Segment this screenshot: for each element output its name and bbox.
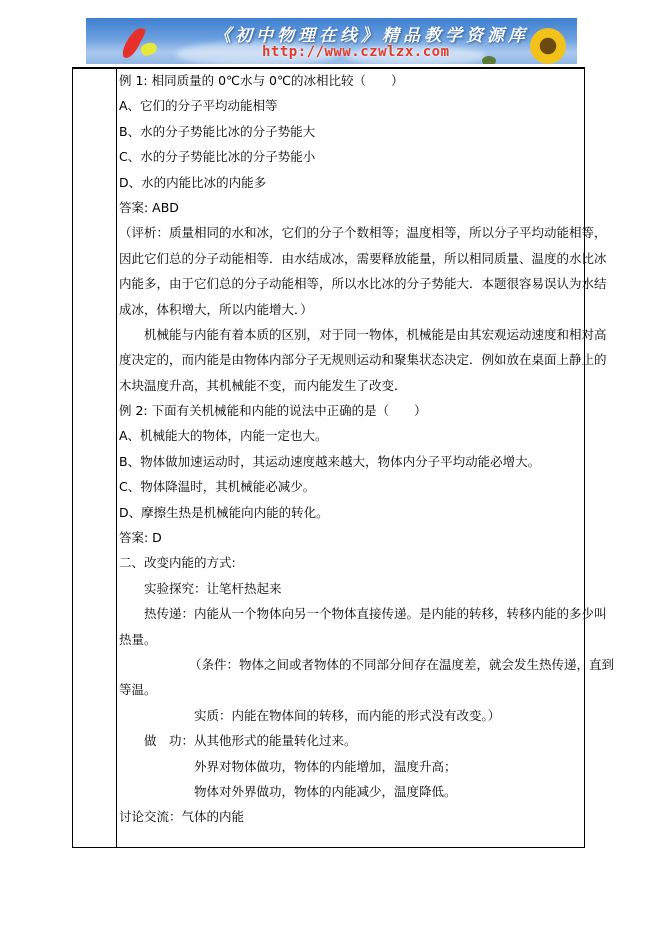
example-2-option-c: C、物体降温时，其机械能必减少。 bbox=[119, 474, 581, 499]
example-1-option-b: B、水的分子势能比冰的分子势能大 bbox=[119, 119, 581, 144]
condition-line: （条件：物体之间或者物体的不同部分间存在温度差，就会发生热传递，直到 bbox=[119, 652, 581, 677]
example-1-option-c: C、水的分子势能比冰的分子势能小 bbox=[119, 144, 581, 169]
logo-yellow-shape-icon bbox=[139, 40, 159, 58]
example-2-option-a: A、机械能大的物体，内能一定也大。 bbox=[119, 423, 581, 448]
heat-transfer-line: 热量。 bbox=[119, 627, 581, 652]
example-1-question: 例 1: 相同质量的 0℃水与 0℃的冰相比较（ ） bbox=[119, 68, 581, 93]
condition-line: 等温。 bbox=[119, 677, 581, 702]
analysis-line: 成冰，体积增大，所以内能增大．） bbox=[119, 297, 581, 322]
example-1-option-a: A、它们的分子平均动能相等 bbox=[119, 93, 581, 118]
example-2-answer: 答案: D bbox=[119, 525, 581, 550]
banner-title: 《初中物理在线》精品教学资源库 bbox=[214, 21, 529, 46]
example-2-option-d: D、摩擦生热是机械能向内能的转化。 bbox=[119, 500, 581, 525]
content-cell: 例 1: 相同质量的 0℃水与 0℃的冰相比较（ ） A、它们的分子平均动能相等… bbox=[119, 68, 581, 830]
paragraph-line: 机械能与内能有着本质的区别，对于同一物体，机械能是由其宏观运动速度和相对高 bbox=[119, 322, 581, 347]
paragraph-line: 木块温度升高，其机械能不变，而内能发生了改变． bbox=[119, 373, 581, 398]
banner-url: http://www.czwlzx.com bbox=[262, 44, 450, 60]
example-2-question: 例 2: 下面有关机械能和内能的说法中正确的是（ ） bbox=[119, 398, 581, 423]
essence-line: 实质：内能在物体间的转移，而内能的形式没有改变。） bbox=[119, 703, 581, 728]
work-detail-line: 外界对物体做功，物体的内能增加，温度升高； bbox=[119, 754, 581, 779]
sunflower-icon bbox=[526, 28, 570, 64]
work-line: 做 功：从其他形式的能量转化过来。 bbox=[119, 728, 581, 753]
header-banner: 《初中物理在线》精品教学资源库 http://www.czwlzx.com bbox=[86, 18, 577, 64]
heat-transfer-line: 热传递：内能从一个物体向另一个物体直接传递。是内能的转移，转移内能的多少叫 bbox=[119, 601, 581, 626]
analysis-line: （评析：质量相同的水和冰，它们的分子个数相等；温度相等，所以分子平均动能相等， bbox=[119, 220, 581, 245]
example-2-option-b: B、物体做加速运动时，其运动速度越来越大，物体内分子平均动能必增大。 bbox=[119, 449, 581, 474]
work-detail-line: 物体对外界做功，物体的内能减少，温度降低。 bbox=[119, 779, 581, 804]
leaf-decoration bbox=[482, 56, 496, 64]
example-1-answer: 答案: ABD bbox=[119, 195, 581, 220]
discussion-line: 讨论交流：气体的内能 bbox=[119, 804, 581, 829]
example-1-option-d: D、水的内能比冰的内能多 bbox=[119, 170, 581, 195]
table-column-divider bbox=[116, 67, 117, 848]
experiment-line: 实验探究：让笔杆热起来 bbox=[119, 576, 581, 601]
analysis-line: 因此它们总的分子动能相等．由水结成冰，需要释放能量，所以相同质量、温度的水比冰 bbox=[119, 246, 581, 271]
paragraph-line: 度决定的，而内能是由物体内部分子无规则运动和聚集状态决定．例如放在桌面上静止的 bbox=[119, 347, 581, 372]
analysis-line: 内能多，由于它们总的分子动能相等，所以水比冰的分子势能大．本题很容易误认为水结 bbox=[119, 271, 581, 296]
section-heading: 二、改变内能的方式: bbox=[119, 550, 581, 575]
